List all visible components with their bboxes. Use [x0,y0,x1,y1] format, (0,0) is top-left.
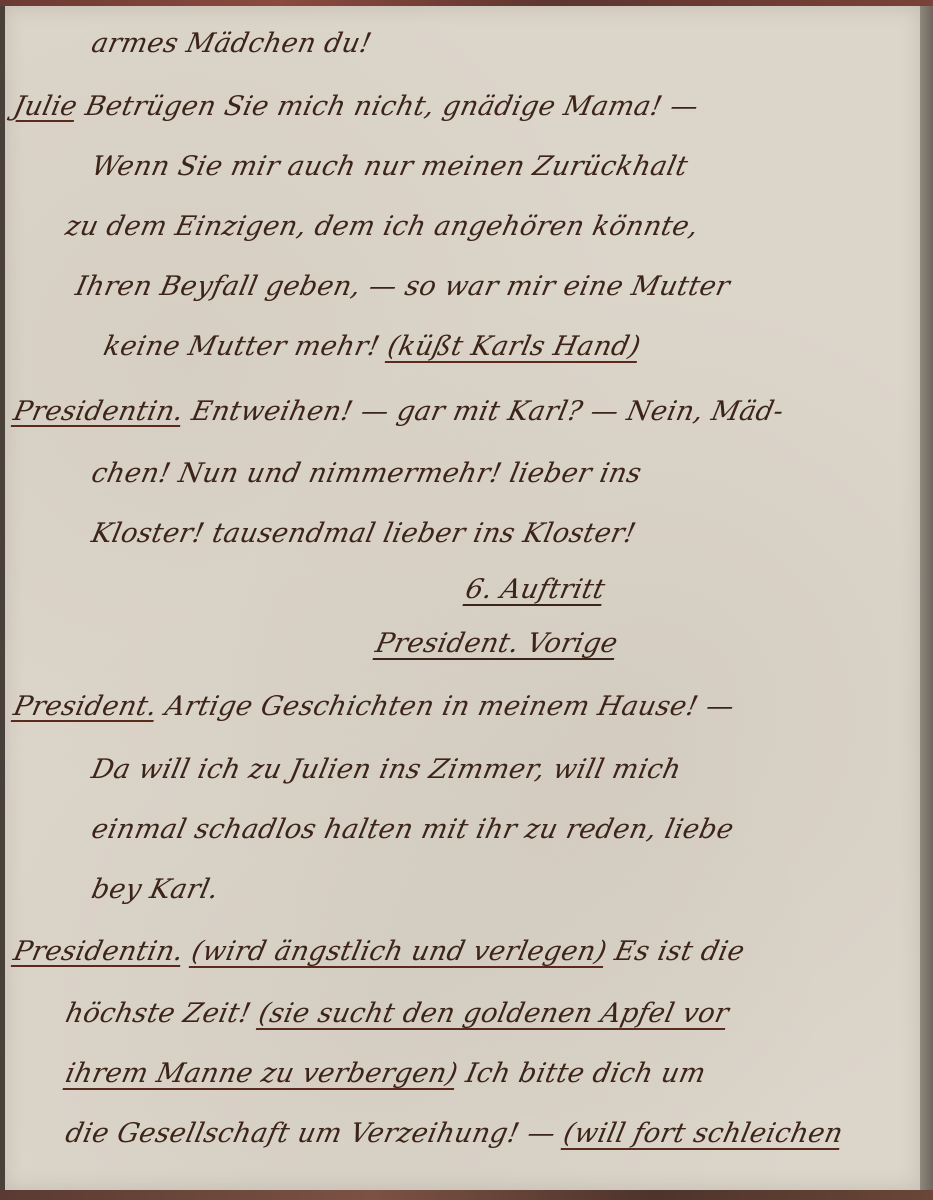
line-text: Wenn Sie mir auch nur meinen Zurückhalt [89,151,691,182]
speaker-name: Presidentin. [11,936,187,967]
stage-direction: (sie sucht den goldenen Apfel vor [256,998,732,1029]
text-line: bey Karl. [89,874,222,905]
page-left-edge [0,6,5,1190]
line-text: Entweihen! — gar mit Karl? — Nein, Mäd- [189,396,787,427]
text-line: Wenn Sie mir auch nur meinen Zurückhalt [89,151,691,182]
line-text: Artige Geschichten in meinem Hause! — [162,691,737,722]
line-text: Ich bitte dich um [463,1058,709,1089]
line-text: einmal schadlos halten mit ihr zu reden,… [89,814,737,845]
book-binding-bottom [0,1190,933,1200]
text-line: chen! Nun und nimmermehr! lieber ins [89,458,645,489]
speaker-name: President. [11,691,160,722]
scene-characters-text: President. Vorige [373,628,621,659]
text-line: die Gesellschaft um Verzeihung! — (will … [63,1118,846,1149]
stage-direction: (will fort schleichen [561,1118,846,1149]
line-text: Es ist die [612,936,748,967]
line-text: bey Karl. [89,874,222,905]
text-line: ihrem Manne zu verbergen) Ich bitte dich… [63,1058,709,1089]
scene-number: 6. Auftritt [463,574,608,605]
line-text: chen! Nun und nimmermehr! lieber ins [89,458,645,489]
text-line: Kloster! tausendmal lieber ins Kloster! [89,518,639,549]
text-line: Presidentin. Entweihen! — gar mit Karl? … [11,396,787,427]
line-text: armes Mädchen du! [89,28,375,59]
line-text: Ihren Beyfall geben, — so war mir eine M… [73,271,733,302]
text-line: keine Mutter mehr! (küßt Karls Hand) [101,331,644,362]
line-text: keine Mutter mehr! [101,331,383,362]
text-line: armes Mädchen du! [89,28,375,59]
text-line: zu dem Einzigen, dem ich angehören könnt… [63,211,701,242]
stage-direction: (küßt Karls Hand) [385,331,644,362]
text-line: Ihren Beyfall geben, — so war mir eine M… [73,271,733,302]
line-text: zu dem Einzigen, dem ich angehören könnt… [63,211,701,242]
speaker-name: Julie [11,91,81,122]
line-text: Betrügen Sie mich nicht, gnädige Mama! — [83,91,702,122]
manuscript-page: armes Mädchen du! Julie Betrügen Sie mic… [4,6,920,1190]
text-line: einmal schadlos halten mit ihr zu reden,… [89,814,737,845]
scene-characters: President. Vorige [373,628,621,659]
text-line: Julie Betrügen Sie mich nicht, gnädige M… [11,91,702,122]
text-line: höchste Zeit! (sie sucht den goldenen Ap… [63,998,732,1029]
speaker-name: Presidentin. [11,396,187,427]
stage-direction: (wird ängstlich und verlegen) [189,936,610,967]
scene-number-text: 6. Auftritt [463,574,608,605]
text-line: Presidentin. (wird ängstlich und verlege… [11,936,748,967]
line-text: die Gesellschaft um Verzeihung! — [63,1118,559,1149]
page-right-gutter [920,6,933,1190]
text-line: President. Artige Geschichten in meinem … [11,691,737,722]
stage-direction: ihrem Manne zu verbergen) [63,1058,461,1089]
line-text: Kloster! tausendmal lieber ins Kloster! [89,518,639,549]
line-text: höchste Zeit! [63,998,254,1029]
line-text: Da will ich zu Julien ins Zimmer, will m… [89,754,684,785]
text-line: Da will ich zu Julien ins Zimmer, will m… [89,754,684,785]
